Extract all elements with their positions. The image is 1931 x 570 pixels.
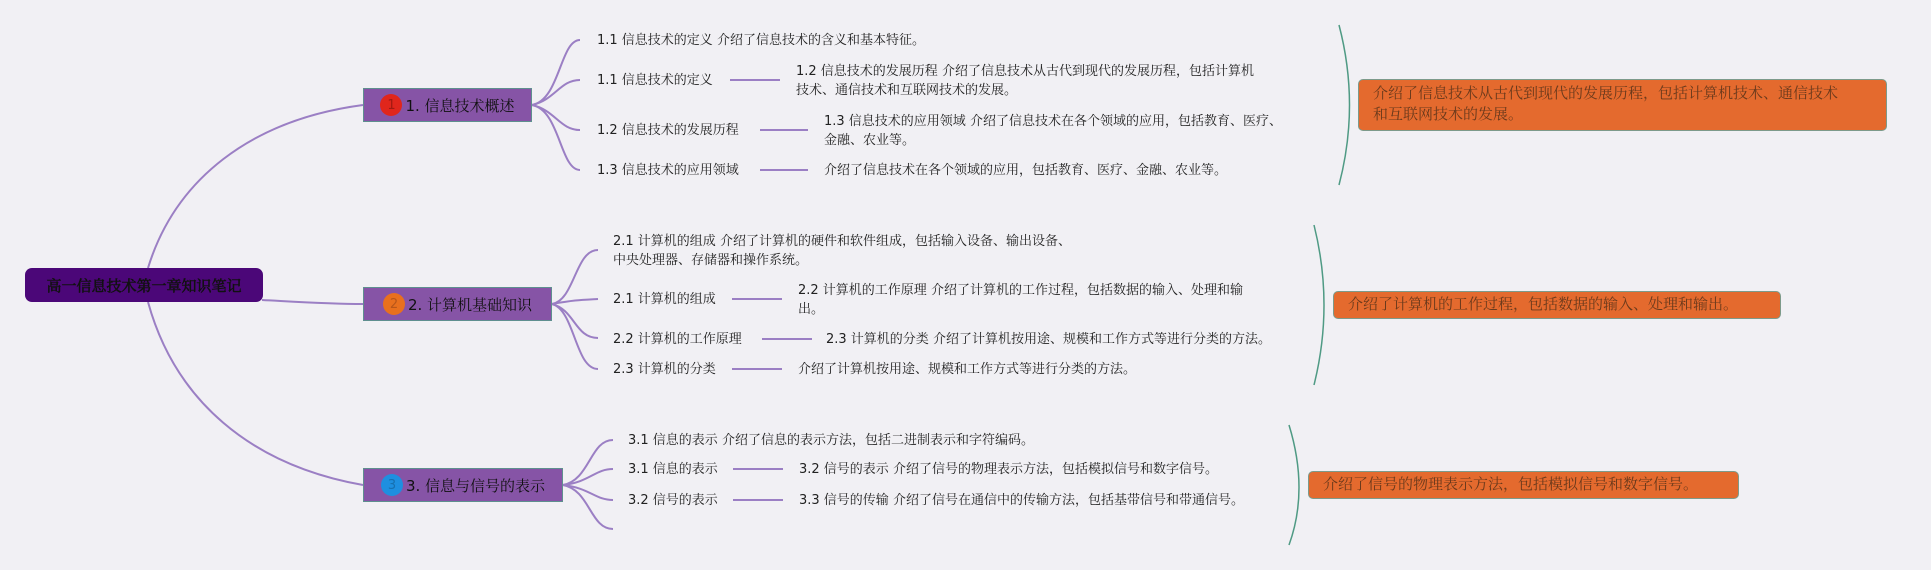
topic-node-1[interactable]: 1 1. 信息技术概述 xyxy=(363,88,532,122)
branch-3-1[interactable]: 3.1 信息的表示 xyxy=(628,460,718,479)
topic-node-3[interactable]: 3 3. 信息与信号的表示 xyxy=(363,468,563,502)
priority-3-icon: 3 xyxy=(381,474,403,496)
priority-2-icon: 2 xyxy=(383,293,405,315)
summary-line: 介绍了信号的物理表示方法，包括模拟信号和数字信号。 xyxy=(1323,475,1698,493)
detail-line: 2.1 计算机的组成 介绍了计算机的硬件和软件组成，包括输入设备、输出设备、 xyxy=(613,232,1071,251)
summary-node-1[interactable]: 介绍了信息技术从古代到现代的发展历程，包括计算机技术、通信技术 和互联网技术的发… xyxy=(1358,79,1887,131)
branch-2-3[interactable]: 2.3 计算机的分类 xyxy=(613,360,716,379)
branch-1-3[interactable]: 1.3 信息技术的应用领域 xyxy=(597,161,739,180)
branch-2-1[interactable]: 2.1 计算机的组成 xyxy=(613,290,716,309)
detail-line: 1.2 信息技术的发展历程 介绍了信息技术从古代到现代的发展历程，包括计算机 xyxy=(796,62,1254,81)
branch-2-0[interactable]: 2.1 计算机的组成 介绍了计算机的硬件和软件组成，包括输入设备、输出设备、 中… xyxy=(613,232,1071,270)
topic-label: 1. 信息技术概述 xyxy=(405,95,514,116)
branch-3-1-detail[interactable]: 3.2 信号的表示 介绍了信号的物理表示方法，包括模拟信号和数字信号。 xyxy=(799,460,1218,479)
branch-2-2[interactable]: 2.2 计算机的工作原理 xyxy=(613,330,742,349)
topic-node-2[interactable]: 2 2. 计算机基础知识 xyxy=(363,287,552,321)
detail-line: 技术、通信技术和互联网技术的发展。 xyxy=(796,81,1254,100)
branch-1-2[interactable]: 1.2 信息技术的发展历程 xyxy=(597,121,739,140)
branch-3-2-detail[interactable]: 3.3 信号的传输 介绍了信号在通信中的传输方法，包括基带信号和带通信号。 xyxy=(799,491,1244,510)
detail-line: 出。 xyxy=(798,300,1243,319)
branch-1-0[interactable]: 1.1 信息技术的定义 介绍了信息技术的含义和基本特征。 xyxy=(597,31,925,50)
summary-node-3[interactable]: 介绍了信号的物理表示方法，包括模拟信号和数字信号。 xyxy=(1308,471,1739,499)
detail-line: 中央处理器、存储器和操作系统。 xyxy=(613,251,1071,270)
branch-1-1[interactable]: 1.1 信息技术的定义 xyxy=(597,71,713,90)
branch-2-2-detail[interactable]: 2.3 计算机的分类 介绍了计算机按用途、规模和工作方式等进行分类的方法。 xyxy=(826,330,1271,349)
priority-1-icon: 1 xyxy=(380,94,402,116)
branch-2-3-detail[interactable]: 介绍了计算机按用途、规模和工作方式等进行分类的方法。 xyxy=(798,360,1136,379)
summary-line: 和互联网技术的发展。 xyxy=(1373,104,1872,125)
branch-3-2[interactable]: 3.2 信号的表示 xyxy=(628,491,718,510)
branch-3-0[interactable]: 3.1 信息的表示 介绍了信息的表示方法，包括二进制表示和字符编码。 xyxy=(628,431,1034,450)
branch-1-2-detail[interactable]: 1.3 信息技术的应用领域 介绍了信息技术在各个领域的应用，包括教育、医疗、 金… xyxy=(824,112,1282,150)
detail-line: 金融、农业等。 xyxy=(824,131,1282,150)
topic-label: 3. 信息与信号的表示 xyxy=(406,475,545,496)
root-label: 高一信息技术第一章知识笔记 xyxy=(46,275,241,296)
detail-line: 2.2 计算机的工作原理 介绍了计算机的工作过程，包括数据的输入、处理和输 xyxy=(798,281,1243,300)
detail-line: 1.3 信息技术的应用领域 介绍了信息技术在各个领域的应用，包括教育、医疗、 xyxy=(824,112,1282,131)
topic-label: 2. 计算机基础知识 xyxy=(408,294,532,315)
summary-line: 介绍了信息技术从古代到现代的发展历程，包括计算机技术、通信技术 xyxy=(1373,83,1872,104)
branch-1-1-detail[interactable]: 1.2 信息技术的发展历程 介绍了信息技术从古代到现代的发展历程，包括计算机 技… xyxy=(796,62,1254,100)
summary-line: 介绍了计算机的工作过程，包括数据的输入、处理和输出。 xyxy=(1348,295,1738,313)
summary-node-2[interactable]: 介绍了计算机的工作过程，包括数据的输入、处理和输出。 xyxy=(1333,291,1781,319)
branch-2-1-detail[interactable]: 2.2 计算机的工作原理 介绍了计算机的工作过程，包括数据的输入、处理和输 出。 xyxy=(798,281,1243,319)
branch-1-3-detail[interactable]: 介绍了信息技术在各个领域的应用，包括教育、医疗、金融、农业等。 xyxy=(824,161,1227,180)
root-node[interactable]: 高一信息技术第一章知识笔记 xyxy=(25,268,263,302)
